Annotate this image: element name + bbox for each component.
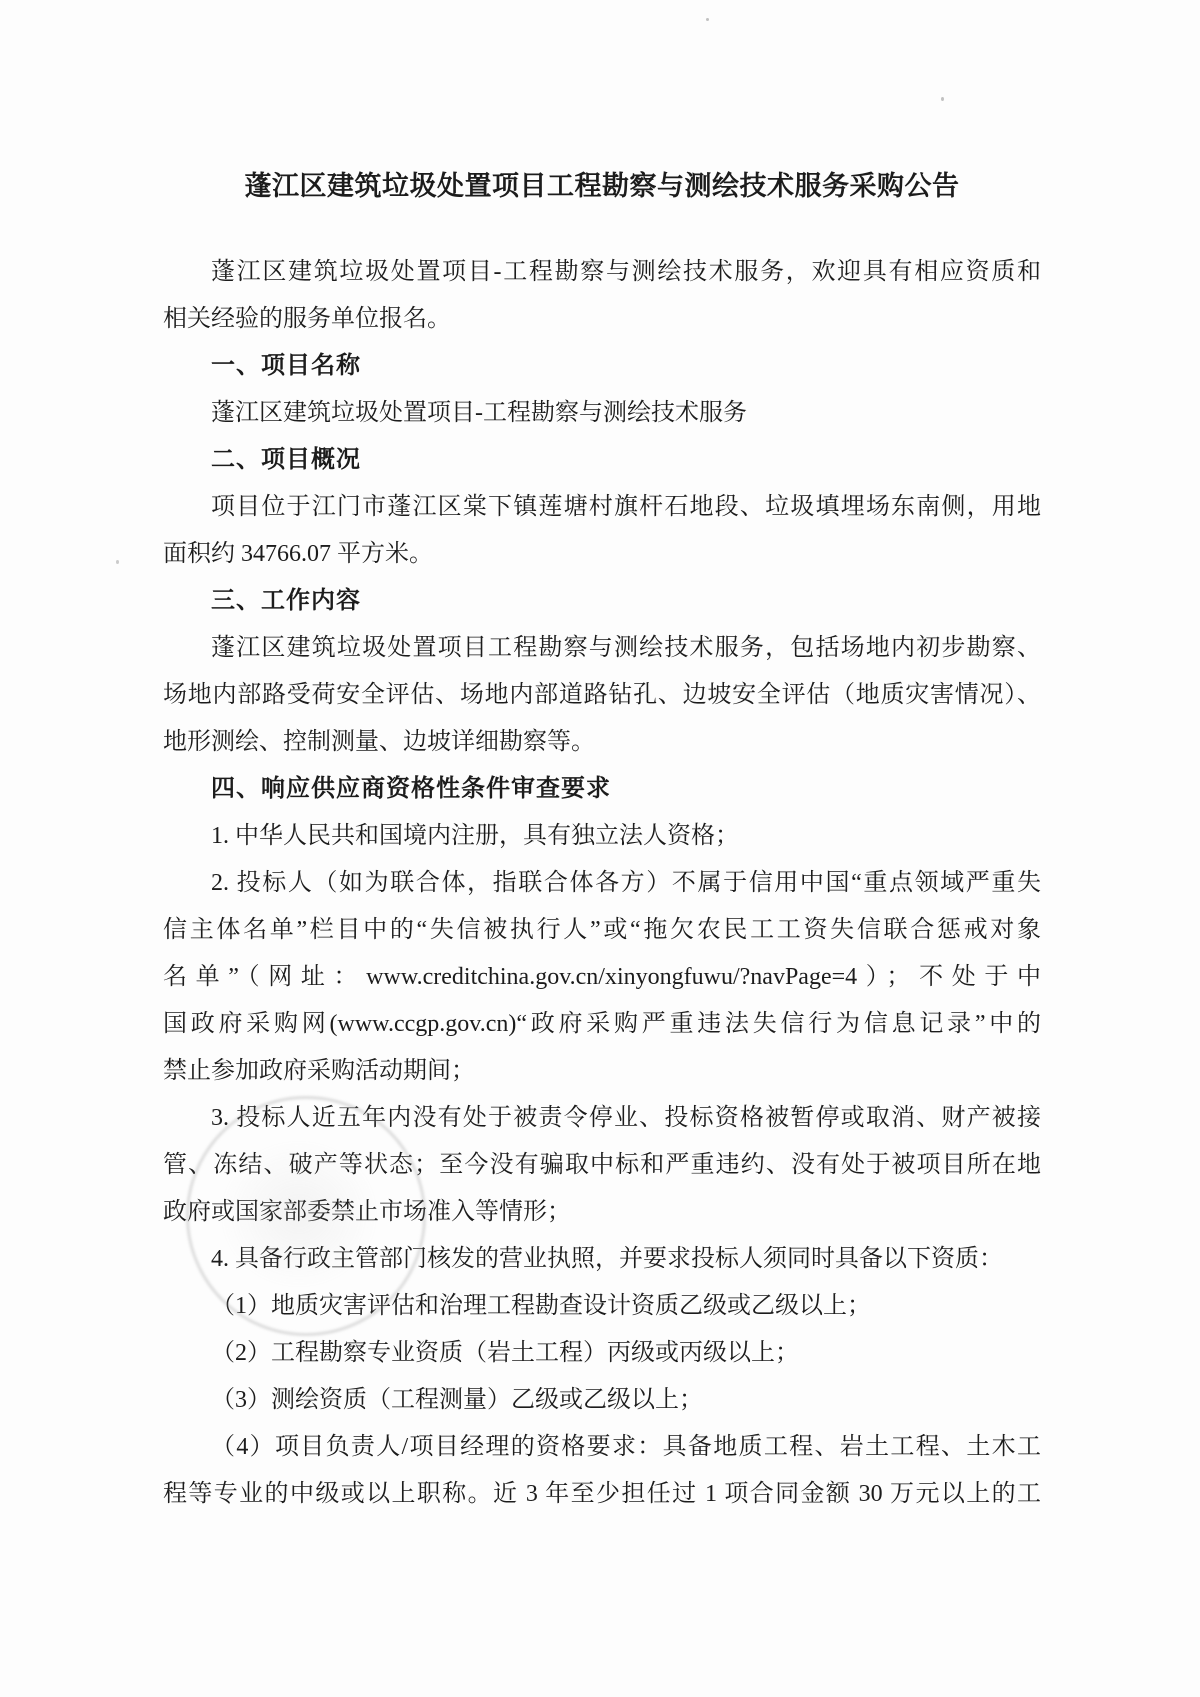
text-line: 1. 中华人民共和国境内注册，具有独立法人资格； (163, 813, 1041, 860)
scan-speck (941, 97, 944, 101)
text-line: 名单”（网址：www.creditchina.gov.cn/xinyongfuw… (163, 954, 1041, 1001)
text-line: 蓬江区建筑垃圾处置项目工程勘察与测绘技术服务，包括场地内初步勘察、 (163, 625, 1041, 672)
document-title: 蓬江区建筑垃圾处置项目工程勘察与测绘技术服务采购公告 (163, 166, 1041, 206)
section-heading: 三、工作内容 (163, 578, 1041, 625)
document-page: 蓬江区建筑垃圾处置项目工程勘察与测绘技术服务采购公告 蓬江区建筑垃圾处置项目-工… (0, 0, 1200, 1697)
scan-speck (116, 560, 119, 564)
section-heading: 二、项目概况 (163, 437, 1041, 484)
text-line: 蓬江区建筑垃圾处置项目-工程勘察与测绘技术服务 (163, 390, 1041, 437)
text-line: 项目位于江门市蓬江区棠下镇莲塘村旗杆石地段、垃圾填埋场东南侧，用地 (163, 484, 1041, 531)
text-line: （2）工程勘察专业资质（岩土工程）丙级或丙级以上； (163, 1330, 1041, 1377)
text-line: 信主体名单”栏目中的“失信被执行人”或“拖欠农民工工资失信联合惩戒对象 (163, 907, 1041, 954)
text-line: 面积约 34766.07 平方米。 (163, 531, 1041, 578)
section-heading: 四、响应供应商资格性条件审查要求 (163, 766, 1041, 813)
scan-speck (706, 18, 709, 21)
text-line: （3）测绘资质（工程测量）乙级或乙级以上； (163, 1377, 1041, 1424)
text-line: 相关经验的服务单位报名。 (163, 296, 1041, 343)
text-line: 2. 投标人（如为联合体，指联合体各方）不属于信用中国“重点领域严重失 (163, 860, 1041, 907)
text-line: 禁止参加政府采购活动期间； (163, 1048, 1041, 1095)
text-line: 程等专业的中级或以上职称。近 3 年至少担任过 1 项合同金额 30 万元以上的… (163, 1471, 1041, 1518)
text-line: 蓬江区建筑垃圾处置项目-工程勘察与测绘技术服务，欢迎具有相应资质和 (163, 249, 1041, 296)
text-line: 国政府采购网(www.ccgp.gov.cn)“政府采购严重违法失信行为信息记录… (163, 1001, 1041, 1048)
text-line: 地形测绘、控制测量、边坡详细勘察等。 (163, 719, 1041, 766)
stamp-watermark (186, 1096, 426, 1336)
text-line: 场地内部路受荷安全评估、场地内部道路钻孔、边坡安全评估（地质灾害情况）、 (163, 672, 1041, 719)
section-heading: 一、项目名称 (163, 343, 1041, 390)
text-line: （4）项目负责人/项目经理的资格要求：具备地质工程、岩土工程、土木工 (163, 1424, 1041, 1471)
